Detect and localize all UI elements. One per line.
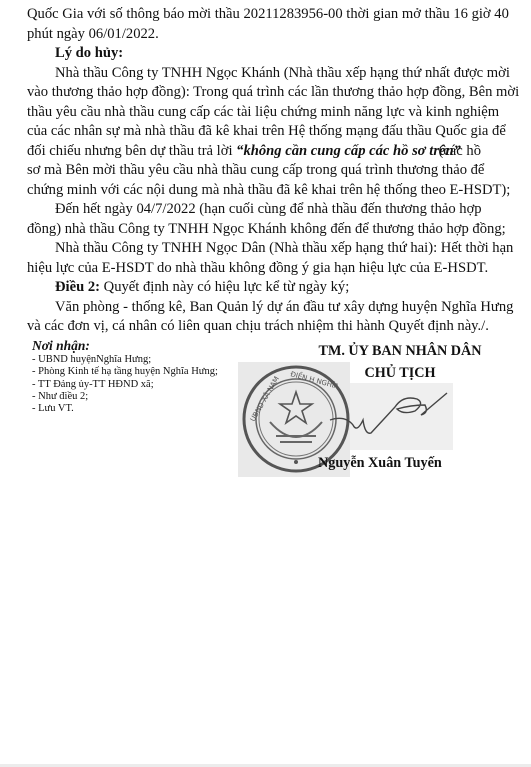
body-line: sơ mà Bên mời thầu yêu cầu nhà thầu cung… <box>27 161 481 179</box>
body-line: chứng minh với các nội dung mà nhà thầu … <box>27 181 510 199</box>
body-line: đồng) nhà thầu Công ty TNHH Ngọc Khánh k… <box>27 220 506 238</box>
body-line: Đến hết ngày 04/7/2022 (hạn cuối cùng để… <box>55 200 481 218</box>
document-page: Quốc Gia với số thông báo mời thầu 20211… <box>0 0 531 764</box>
recipient-item: - Như điều 2; <box>32 391 218 403</box>
recipient-item: - UBND huyệnNghĩa Hưng; <box>32 354 218 366</box>
handwritten-signature-icon <box>325 385 460 450</box>
body-line: vào thương thảo hợp đồng): Trong quá trì… <box>27 83 481 101</box>
body-line: Nhà thầu Công ty TNHH Ngọc Khánh (Nhà th… <box>55 64 481 82</box>
body-line: Nhà thầu Công ty TNHH Ngọc Dân (Nhà thầu… <box>55 239 481 257</box>
body-line: Quốc Gia với số thông báo mời thầu 20211… <box>27 5 481 23</box>
reason-heading: Lý do hủy: <box>55 44 123 62</box>
recipient-item: - Lưu VT. <box>32 403 218 415</box>
body-line: thầu yêu cầu nhà thầu cung cấp các tài l… <box>27 103 481 121</box>
signer-name: Nguyễn Xuân Tuyến <box>318 455 442 472</box>
signature-org: TM. ỦY BAN NHÂN DÂN <box>300 340 500 362</box>
body-line: hiệu lực của E-HSDT do nhà thầu không đồ… <box>27 259 488 277</box>
recipient-item: - TT Đảng ủy-TT HĐND xã; <box>32 379 218 391</box>
body-line: phút ngày 06/01/2022. <box>27 25 159 43</box>
recipients-block: Nơi nhận: - UBND huyệnNghĩa Hưng; - Phòn… <box>32 338 218 415</box>
recipients-title: Nơi nhận: <box>32 338 218 354</box>
svg-text:UBND XÃ NAM: UBND XÃ NAM <box>248 375 281 423</box>
quoted-reply: “không cần cung cấp các hồ sơ trên” <box>236 143 461 159</box>
body-line: và các đơn vị, cá nhân có liên quan chịu… <box>27 317 489 335</box>
body-line: Văn phòng - thống kê, Ban Quản lý dự án … <box>55 298 481 316</box>
article-2: Điều 2: Quyết định này có hiệu lực kể từ… <box>55 278 349 296</box>
recipient-item: - Phòng Kinh tế hạ tầng huyện Nghĩa Hưng… <box>32 366 218 378</box>
body-line: đối chiếu nhưng bên dự thầu trả lời “khô… <box>27 142 481 160</box>
body-line: của các nhân sự mà nhà thầu đã kê khai t… <box>27 122 481 140</box>
